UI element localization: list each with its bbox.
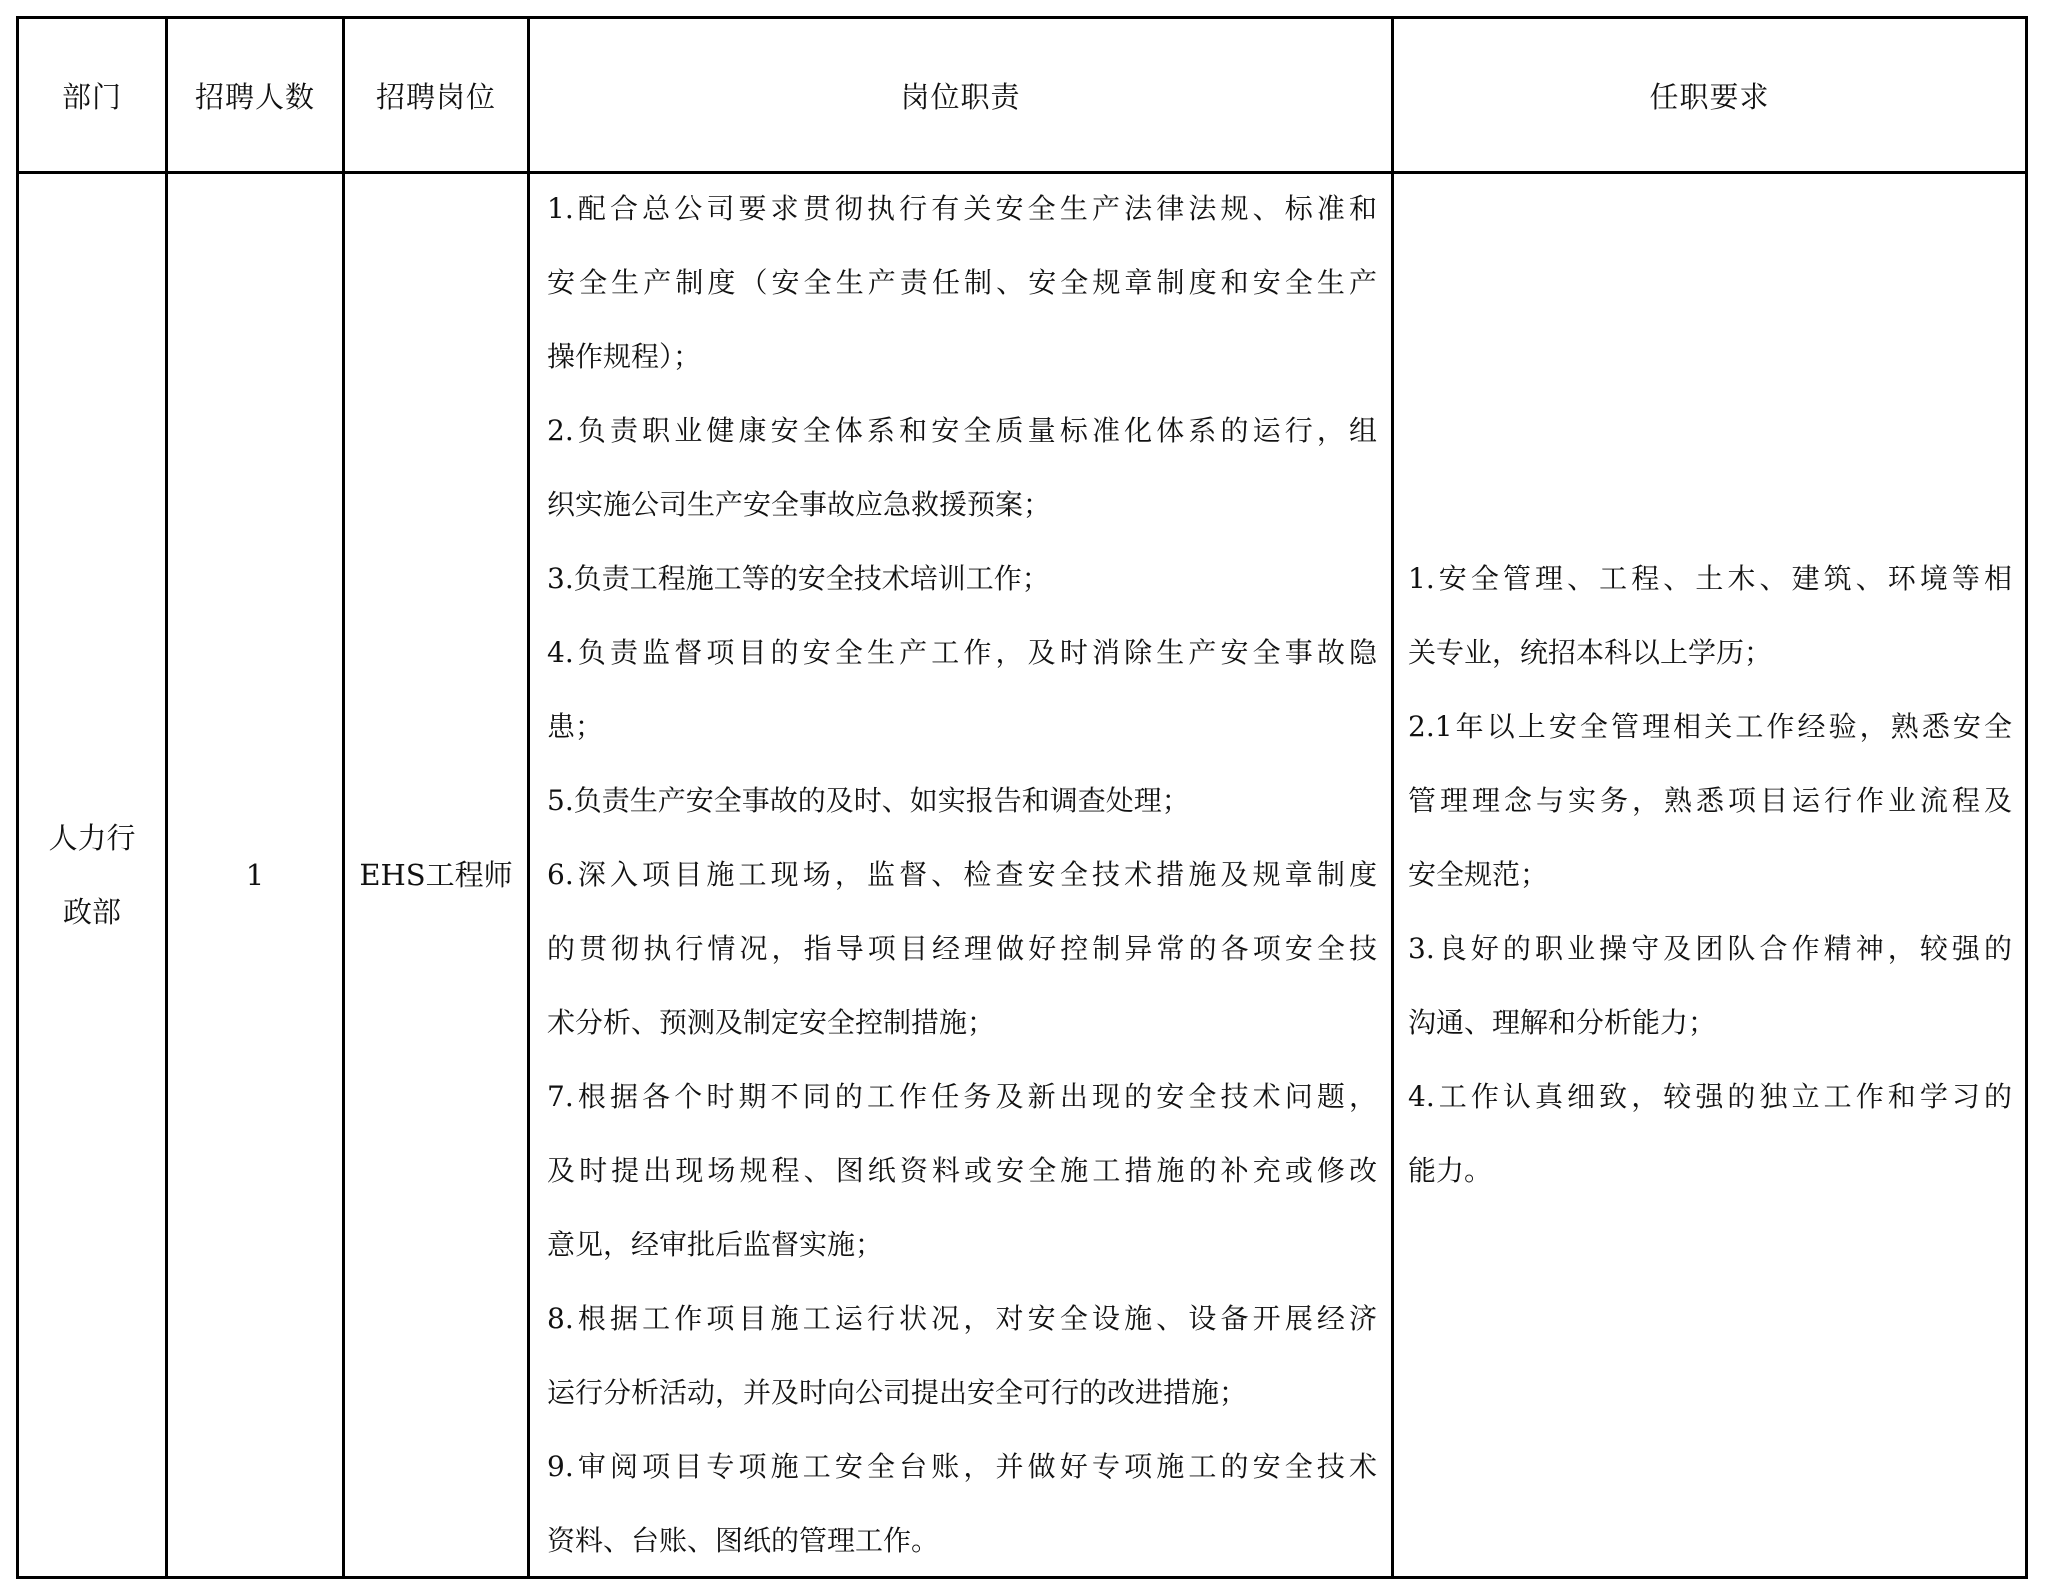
recruitment-table: 部门 招聘人数 招聘岗位 岗位职责 任职要求 人力行 政部 1 EHS工程师 1… — [16, 16, 2028, 1578]
department-line: 人力行 — [48, 801, 135, 875]
header-position: 招聘岗位 — [345, 19, 527, 171]
text-line: 4.工作认真细致，较强的独立工作和学习的 — [1408, 1060, 2012, 1134]
text-line: 术分析、预测及制定安全控制措施； — [547, 986, 1377, 1060]
cell-department: 人力行 政部 — [19, 174, 165, 1576]
text-line: 7.根据各个时期不同的工作任务及新出现的安全技术问题， — [547, 1060, 1377, 1134]
text-line: 5.负责生产安全事故的及时、如实报告和调查处理； — [547, 764, 1377, 838]
text-line: 1.安全管理、工程、土木、建筑、环境等相 — [1408, 542, 2012, 616]
text-line: 关专业，统招本科以上学历； — [1408, 616, 2012, 690]
text-line: 安全规范； — [1408, 838, 2012, 912]
text-line: 9.审阅项目专项施工安全台账，并做好专项施工的安全技术 — [547, 1430, 1377, 1504]
department-line: 政部 — [63, 875, 121, 949]
text-line: 管理理念与实务，熟悉项目运行作业流程及 — [1408, 764, 2012, 838]
text-line: 6.深入项目施工现场，监督、检查安全技术措施及规章制度 — [547, 838, 1377, 912]
text-line: 1.配合总公司要求贯彻执行有关安全生产法律法规、标准和 — [547, 172, 1377, 246]
text-line: 3.负责工程施工等的安全技术培训工作； — [547, 542, 1377, 616]
cell-position: EHS工程师 — [345, 174, 527, 1576]
header-duties: 岗位职责 — [530, 19, 1391, 171]
header-requirements: 任职要求 — [1394, 19, 2025, 171]
header-headcount-label: 招聘人数 — [195, 75, 315, 116]
text-line: 及时提出现场规程、图纸资料或安全施工措施的补充或修改 — [547, 1134, 1377, 1208]
header-headcount: 招聘人数 — [168, 19, 342, 171]
text-line: 运行分析活动，并及时向公司提出安全可行的改进措施； — [547, 1356, 1377, 1430]
column-divider-3 — [527, 16, 530, 1579]
header-position-label: 招聘岗位 — [376, 75, 496, 116]
text-line: 织实施公司生产安全事故应急救援预案； — [547, 468, 1377, 542]
position-value: EHS工程师 — [359, 838, 512, 912]
text-line: 4.负责监督项目的安全生产工作，及时消除生产安全事故隐 — [547, 616, 1377, 690]
text-line: 患； — [547, 690, 1377, 764]
cell-requirements: 1.安全管理、工程、土木、建筑、环境等相关专业，统招本科以上学历；2.1年以上安… — [1408, 542, 2012, 1208]
header-duties-label: 岗位职责 — [900, 75, 1020, 116]
text-line: 2.负责职业健康安全体系和安全质量标准化体系的运行，组 — [547, 394, 1377, 468]
text-line: 3.良好的职业操守及团队合作精神，较强的 — [1408, 912, 2012, 986]
table-border-right — [2025, 16, 2028, 1579]
text-line: 沟通、理解和分析能力； — [1408, 986, 2012, 1060]
header-requirements-label: 任职要求 — [1649, 75, 1769, 116]
text-line: 意见，经审批后监督实施； — [547, 1208, 1377, 1282]
text-line: 的贯彻执行情况，指导项目经理做好控制异常的各项安全技 — [547, 912, 1377, 986]
text-line: 能力。 — [1408, 1134, 2012, 1208]
text-line: 操作规程）； — [547, 320, 1377, 394]
text-line: 资料、台账、图纸的管理工作。 — [547, 1504, 1377, 1578]
text-line: 2.1年以上安全管理相关工作经验，熟悉安全 — [1408, 690, 2012, 764]
headcount-value: 1 — [246, 838, 264, 912]
header-department-label: 部门 — [62, 75, 122, 116]
column-divider-4 — [1391, 16, 1394, 1579]
cell-headcount: 1 — [168, 174, 342, 1576]
text-line: 安全生产制度（安全生产责任制、安全规章制度和安全生产 — [547, 246, 1377, 320]
cell-duties: 1.配合总公司要求贯彻执行有关安全生产法律法规、标准和安全生产制度（安全生产责任… — [547, 172, 1377, 1578]
header-department: 部门 — [19, 19, 165, 171]
text-line: 8.根据工作项目施工运行状况，对安全设施、设备开展经济 — [547, 1282, 1377, 1356]
